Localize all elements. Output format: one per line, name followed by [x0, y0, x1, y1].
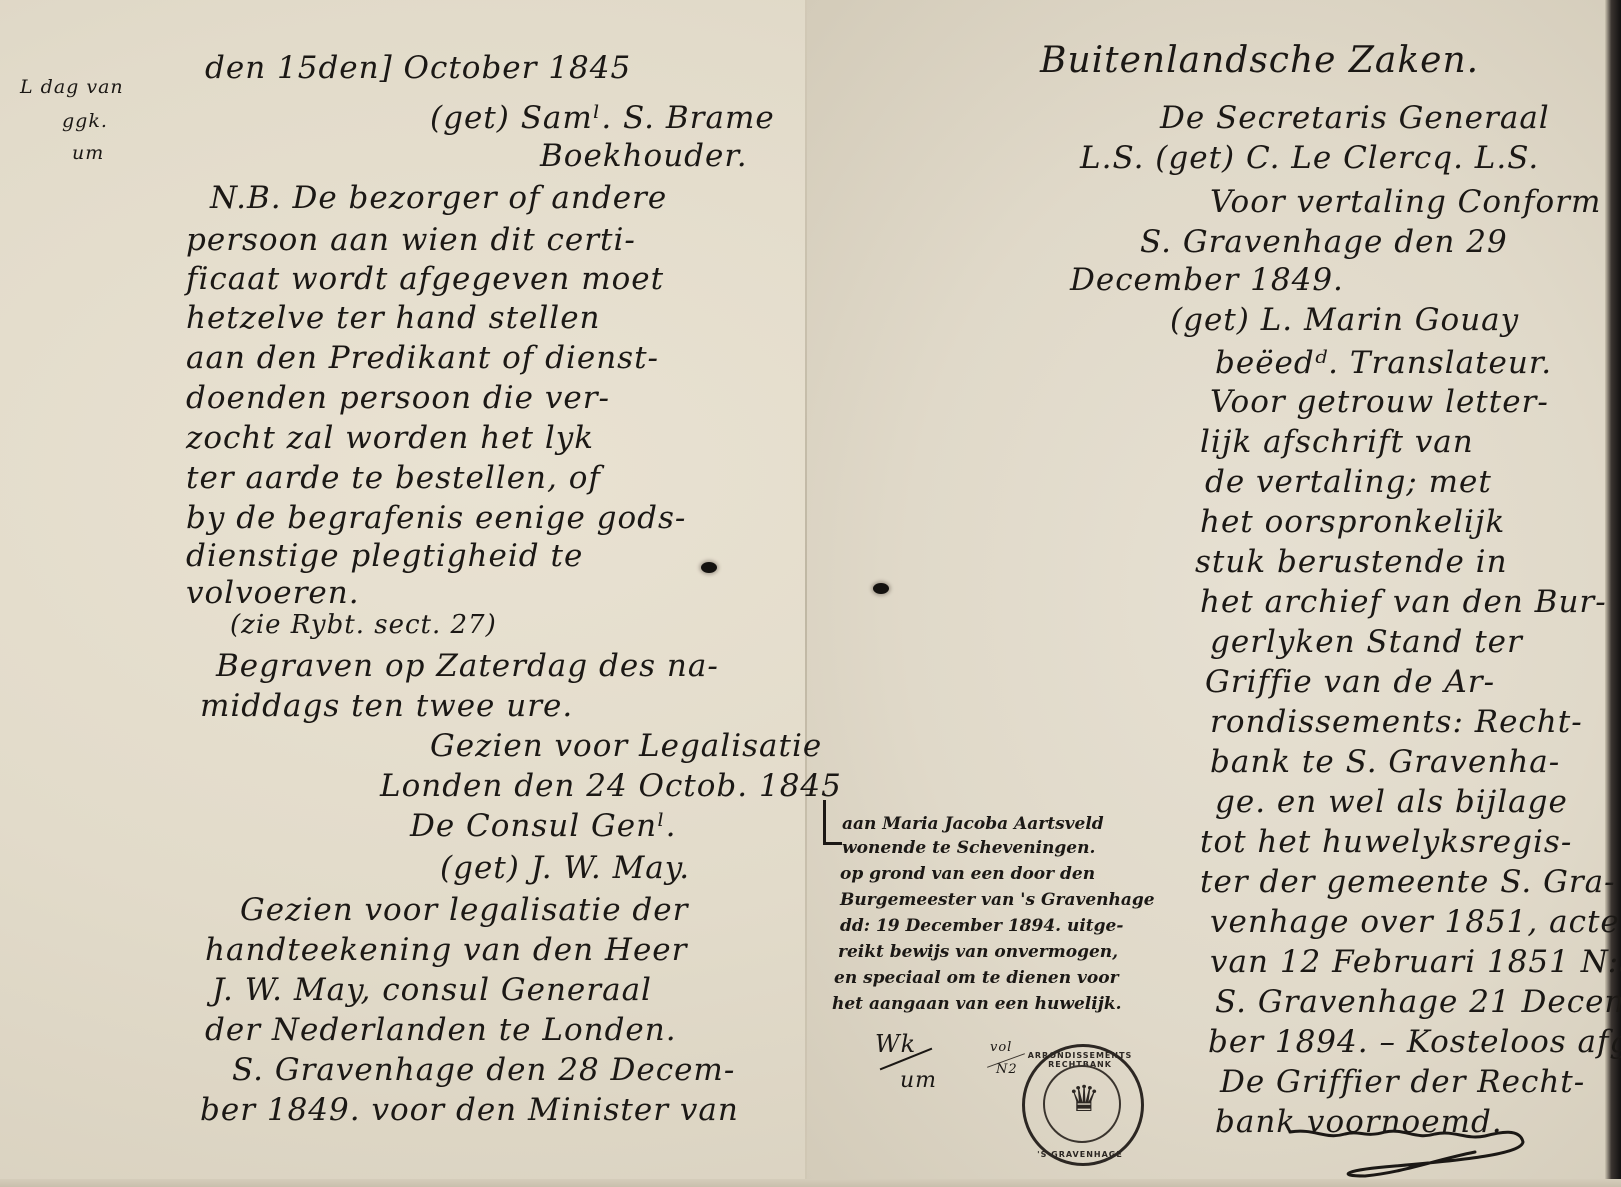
punch-hole-right — [873, 583, 889, 594]
handwritten-line: venhage over 1851, acte — [1210, 904, 1620, 940]
handwritten-line: het archief van den Bur- — [1200, 584, 1607, 620]
annotation-line: op grond van een door den — [840, 864, 1095, 884]
handwritten-line: ber 1849. voor den Minister van — [200, 1092, 739, 1128]
handwritten-line: den 15den] October 1845 — [205, 50, 631, 86]
annotation-line: aan Maria Jacoba Aartsveld — [842, 814, 1104, 834]
handwritten-line: ter der gemeente S. Gra- — [1200, 864, 1616, 900]
handwritten-line: (zie Rybt. sect. 27) — [230, 610, 497, 640]
handwritten-line: gerlyken Stand ter — [1210, 624, 1523, 660]
handwritten-line: Buitenlandsche Zaken. — [1040, 40, 1479, 81]
handwritten-line: (get) L. Marin Gouay — [1170, 302, 1519, 338]
handwritten-line: doenden persoon die ver- — [186, 380, 610, 416]
handwritten-line: ge. en wel als bijlage — [1215, 784, 1568, 820]
court-stamp: ARRONDISSEMENTS RECHTBANK ♛ 'S GRAVENHAG… — [1022, 1044, 1144, 1166]
handwritten-line: Voor vertaling Conform — [1210, 184, 1601, 220]
handwritten-line: Boekhouder. — [540, 138, 748, 174]
handwritten-line: S. Gravenhage 21 Decem- — [1215, 984, 1621, 1020]
annotation-line: Burgemeester van 's Gravenhage — [840, 890, 1155, 910]
handwritten-line: stuk berustende in — [1195, 544, 1508, 580]
fee-note: N2 — [996, 1062, 1018, 1077]
handwritten-line: bank te S. Gravenha- — [1210, 744, 1560, 780]
handwritten-line: Voor getrouw letter- — [1210, 384, 1549, 420]
handwritten-line: S. Gravenhage den 29 — [1140, 224, 1508, 260]
fee-note: vol — [990, 1040, 1012, 1055]
handwritten-line: by de begrafenis eenige gods- — [186, 500, 686, 536]
handwritten-line: van 12 Februari 1851 N:39. — [1210, 944, 1621, 980]
handwritten-line: Begraven op Zaterdag des na- — [216, 648, 719, 684]
margin-note-line: L dag van — [20, 76, 124, 98]
handwritten-line: middags ten twee ure. — [200, 688, 573, 724]
handwritten-line: De Griffier der Recht- — [1220, 1064, 1585, 1100]
handwritten-line: rondissements: Recht- — [1210, 704, 1583, 740]
handwritten-line: lijk afschrift van — [1200, 424, 1474, 460]
handwritten-line: ter aarde te bestellen, of — [186, 460, 601, 496]
handwritten-line: dienstige plegtigheid te — [186, 538, 583, 574]
handwritten-line: (get) J. W. May. — [440, 850, 690, 886]
handwritten-line: tot het huwelyksregis- — [1200, 824, 1572, 860]
crowned-lion-crest-icon: ♛ — [1045, 1079, 1123, 1120]
bracket-mark — [823, 800, 842, 845]
handwritten-line: aan den Predikant of dienst- — [186, 340, 659, 376]
handwritten-line: L.S. (get) C. Le Clercq. L.S. — [1080, 140, 1539, 176]
annotation-line: het aangaan van een huwelijk. — [832, 994, 1122, 1014]
signature-flourish-icon — [1285, 1110, 1545, 1180]
handwritten-line: December 1849. — [1070, 262, 1344, 298]
annotation-line: reikt bewijs van onvermogen, — [838, 942, 1118, 962]
handwritten-line: N.B. De bezorger of andere — [210, 180, 667, 216]
handwritten-line: ficaat wordt afgegeven moet — [186, 261, 664, 297]
handwritten-line: het oorspronkelijk — [1200, 504, 1505, 540]
scan-bottom-edge — [0, 1179, 1621, 1187]
handwritten-line: der Nederlanden te Londen. — [205, 1012, 677, 1048]
initials-mark: um — [900, 1068, 937, 1093]
handwritten-line: Londen den 24 Octob. 1845 — [380, 768, 842, 804]
handwritten-line: Griffie van de Ar- — [1205, 664, 1495, 700]
document-scan: L dag van ggk. um den 15den] October 184… — [0, 0, 1621, 1187]
annotation-line: dd: 19 December 1894. uitge- — [840, 916, 1123, 936]
margin-note-line: ggk. — [62, 110, 108, 132]
handwritten-line: J. W. May, consul Generaal — [212, 972, 652, 1008]
handwritten-line: De Secretaris Generaal — [1160, 100, 1550, 136]
punch-hole-left — [701, 562, 717, 573]
handwritten-line: Gezien voor legalisatie der — [240, 892, 688, 928]
handwritten-line: hetzelve ter hand stellen — [186, 300, 601, 336]
handwritten-line: Gezien voor Legalisatie — [430, 728, 822, 764]
annotation-line: wonende te Scheveningen. — [842, 838, 1095, 858]
handwritten-line: zocht zal worden het lyk — [186, 420, 594, 456]
handwritten-line: handteekening van den Heer — [205, 932, 687, 968]
annotation-line: en speciaal om te dienen voor — [834, 968, 1119, 988]
initials-mark: Wk — [875, 1030, 916, 1058]
handwritten-line: persoon aan wien dit certi- — [186, 222, 636, 258]
handwritten-line: ber 1894. – Kosteloos afgegeven ⌊ — [1208, 1024, 1621, 1060]
handwritten-line: volvoeren. — [186, 575, 360, 611]
handwritten-line: beëedᵈ. Translateur. — [1215, 345, 1552, 381]
margin-note-line: um — [72, 142, 104, 164]
handwritten-line: de vertaling; met — [1205, 464, 1492, 500]
center-fold — [805, 0, 807, 1187]
handwritten-line: (get) Samˡ. S. Brame — [430, 100, 775, 136]
handwritten-line: De Consul Genˡ. — [410, 808, 677, 844]
handwritten-line: S. Gravenhage den 28 Decem- — [232, 1052, 735, 1088]
stamp-inner-ring: ♛ — [1043, 1065, 1121, 1143]
stamp-text-bottom: 'S GRAVENHAGE — [1022, 1150, 1138, 1159]
